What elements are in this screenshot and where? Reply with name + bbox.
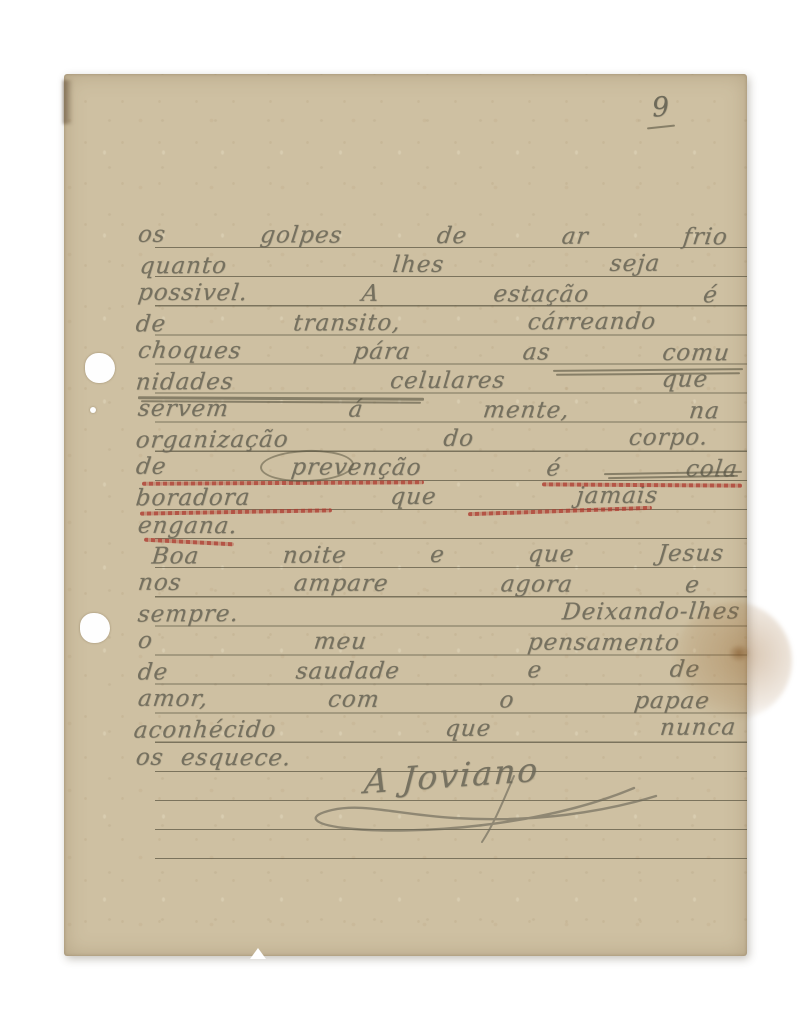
handwriting-line: quanto lhes seja [138, 249, 661, 282]
handwriting-line: organização do corpo. [134, 423, 709, 456]
signature: A Joviano [363, 750, 541, 802]
handwriting-line: sempre. Deixando-lhes [136, 596, 741, 629]
pencil-underline-mark [647, 125, 675, 130]
handwriting-line: de saudade e de [136, 655, 701, 688]
handwriting-line: amor, com o papae [136, 684, 712, 716]
punch-hole-bottom [80, 613, 110, 643]
handwriting-line: choques pára as comu [136, 336, 731, 369]
page-number: 9 [651, 91, 670, 123]
handwriting-line: de transito, cárreando [134, 307, 657, 340]
handwriting-line: servem á mente, na [136, 394, 721, 427]
paper-edge-notch [250, 948, 266, 959]
handwriting-line: de prevenção é cola [134, 452, 739, 485]
handwriting-line: engana. [136, 511, 239, 541]
paper-stain-spot [728, 644, 750, 662]
scan-background: { "document": { "page_number": "9", "sig… [0, 0, 809, 1024]
handwriting-line: o meu pensamento [136, 626, 682, 658]
handwriting-line: aconhécido que nunca [132, 712, 737, 745]
handwriting-line: os golpes de ar frio [136, 220, 729, 253]
letter-page: 9 os golpes de ar frioquanto lhes sejapo… [64, 74, 747, 956]
punch-hole-top [85, 353, 115, 383]
handwriting-line: nos ampare agora e [136, 568, 702, 600]
handwriting-line: Boa noite e que Jesus [150, 539, 725, 572]
edge-smudge [63, 80, 73, 124]
handwriting-line: boradora que jamais [134, 481, 659, 514]
handwriting-line: possivel. A estação é [136, 278, 719, 311]
handwriting-line: os esquece. [134, 743, 293, 774]
handwriting-line: nidades celulares que [134, 365, 709, 398]
punch-hole-speck [90, 407, 96, 413]
